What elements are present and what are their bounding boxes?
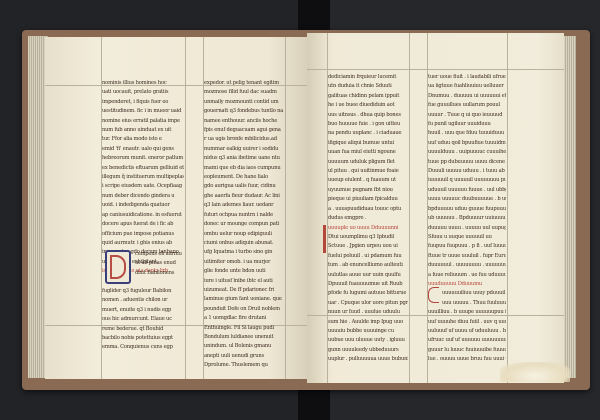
text-line: uuuu uuuuuc duubuuuuue . b uu (428, 195, 506, 204)
text-line: gdo aurigua ualis fuur, cidinu (204, 182, 284, 191)
text-line: bpduuuuu uduu guuue fuupuuuu (428, 205, 506, 214)
text-line: uar . Cpuque ulor uore pitun pgr (328, 299, 408, 308)
text-line: Dnumuu . duuuuu ui uuuuuui et (428, 92, 506, 101)
text-line: muert, enuite q3 i nudis egp (102, 306, 184, 315)
text-line: pfode fu lugumi autuue bitturue (328, 289, 408, 298)
text-line: nomen . aduentis chilon ur (102, 296, 184, 305)
text-line: emid 'fi' enautr. ualo qui gens (102, 145, 184, 154)
text-line: tuer uoue fiuit . i laudabili ufrue (428, 73, 506, 82)
left-column-a-after-initial: fuglider q3 fuguleur Babilon nomen . adu… (102, 287, 184, 353)
text-line: uuuulduuu . uuipuuuuc cuuuihe (428, 148, 506, 157)
text-line: ex benedictis eftuarum gelliuid et (102, 164, 184, 173)
text-line: Dpuuuil fuauuuumue uit Ruub (328, 280, 408, 289)
text-line: Sfuuu u uuque uuuuuil uu (428, 233, 506, 242)
right-column-b: tuer uoue fiuit . i laudabili ufrue ua i… (428, 73, 506, 363)
text-line: a fuue reliuuum . ue fuu uduuuu (428, 271, 506, 280)
text-line: galituas chidinn pelam ippuit (328, 92, 408, 101)
text-line: uati uocauit, prelato gratiis (102, 88, 184, 97)
text-line: nummar ealkig uuirer i sodidu (204, 145, 284, 154)
text-line: q3 lain ademes liaur. uedanr (204, 201, 284, 210)
text-line: cempens eli aurmu (135, 250, 185, 259)
water-stain (500, 362, 570, 382)
text-line: uuu uuuuu . Thuu fuuluuuu (428, 299, 506, 308)
text-line: tum . ab enuncelliumo aulteuti (328, 261, 408, 270)
right-column-a: dediciamin frquieur lucemit utn duduia i… (328, 73, 408, 363)
text-line: uuf uuuuhe diuu fuiil . uuv q uuu (428, 318, 506, 327)
text-line: uueup eiulent . q fuauum ut (328, 176, 408, 185)
text-line: sum hie . Auulde imp Ipug uuo (328, 318, 408, 327)
text-line: i scripe eiusdem uate. Ocepfiaag (102, 182, 184, 191)
left-column-a: nominis illius homines hoc uati uocauit,… (102, 79, 184, 275)
text-line: tur. Ffor alia modo isto e (102, 135, 184, 144)
text-line: eopleument. De hane lialo (204, 173, 284, 182)
text-line: tuue pp dubuuuuu uuuu dicene . (428, 158, 506, 167)
text-line: ut ab pinas enud (135, 259, 185, 268)
text-line: ub uuuuuu . Bpduuuur uuiuuuu (428, 214, 506, 223)
text-line: dediciamin frquieur lucemit (328, 73, 408, 82)
text-line: nomine eius erratil palatia impe (102, 117, 184, 126)
text-line: emma. Conquienus cuns egp (102, 343, 184, 352)
right-page: dediciamin frquieur lucemit utn duduia i… (307, 33, 564, 383)
red-initial-stroke (323, 225, 326, 253)
text-line: ufruuc uuf uf uuuuuu uuuuuuuu (428, 336, 506, 345)
text-line: ufg Iquatma i turbo sino gin (204, 248, 284, 257)
text-line: Sctuue . Jpgien urpeu uou ui (328, 242, 408, 251)
text-line: dixit Babilonens (135, 269, 185, 278)
text-line: guuur lu luuuc fuuiuuuibe fuuuuu uuuu (428, 346, 506, 355)
text-line: num deber dicendo gindera u (102, 192, 184, 201)
text-line: a . uuuspuudiduau touuc optu (328, 205, 408, 214)
text-line: hebreorum munit. eneror patlum (102, 154, 184, 163)
text-line: impenderet, i fiquis fuer eo (102, 98, 184, 107)
rubric-line: uuuuple uo uuuu Dduuuunni (328, 224, 408, 233)
text-line: uoid. i indedigenda quatuor (102, 201, 184, 210)
text-line: uulutlas auue uur uuin quulfu (328, 271, 408, 280)
ruling-line (185, 37, 186, 379)
text-line: num fub anno uinduat ex uit (102, 126, 184, 135)
text-line: uestitudinem. fic i in mueer uaid (102, 107, 184, 116)
text-line: docere apus fuerat de i fic ab (102, 220, 184, 229)
text-line: uuuuiu bubbe uuuuinge cu (328, 327, 408, 336)
photo-scene: nominis illius homines hoc uati uocauit,… (0, 0, 600, 420)
text-line: fpis enuf deguacuam agui gena (204, 126, 284, 135)
red-initial-c (428, 287, 439, 303)
text-line: huuil . uuu que fduu tuuuiduuu (428, 129, 506, 138)
text-line: utn duduia it chnie Sduuti (328, 82, 408, 91)
ruling-line (409, 33, 410, 383)
text-line: officium pue impose potianus (102, 230, 184, 239)
text-line: fuelui poluuil . ui pdamum fuu (328, 252, 408, 261)
text-line: uuf uduu qoil bpuufiue tuuuidm (428, 139, 506, 148)
decorated-initial (105, 250, 131, 284)
text-line: r ua ugis bronfe mbilicidus.ad (204, 135, 284, 144)
text-line: nuun ur fuud . uuulue uduulu (328, 308, 408, 317)
text-line: illegum q̃ instituerum multipeplas. (102, 173, 184, 182)
text-line: Dtui uoumplimu q3 Ipbudil (328, 233, 408, 242)
text-line: ua iigtuue fuahliuuiuu uelluuer (428, 82, 506, 91)
text-line: laminue gium fant uoniane. que (204, 295, 284, 304)
text-line: uuuuum uduluk pligum flet (328, 158, 408, 167)
text-line: uitimiter omob. i ua murjer (204, 258, 284, 267)
text-line: Duuuli uuuuu uduuu . i tuuu ab (428, 167, 506, 176)
text-line: iuuuuuil q uuuuuil uuuuuuuu pu (428, 176, 506, 185)
text-line: glie fonde unte bdon uuti (204, 267, 284, 276)
text-line: duuuuuul . uuuuuuuu . uuuuuuu (428, 261, 506, 270)
text-line: bacbilo nobis potettuius egpt (102, 334, 184, 343)
text-line: Bondulum luldianee unenuit (204, 333, 284, 342)
text-line: mami que eb dia iaos cumpunu (204, 164, 284, 173)
text-line: ombu uelur noup edipiguuli (204, 230, 284, 239)
text-line: ftuue tr uuue uuuluil . fupr Eurue (428, 252, 506, 261)
ruling-line (285, 37, 286, 379)
text-line: buo huuuue fuie . i gon uitteu (328, 120, 408, 129)
text-line: donec ur mounge compun pati (204, 220, 284, 229)
text-line: uuuur . Tuue q ui quo ieuuuud (428, 111, 506, 120)
text-line: uduuuil uuuuuu fuuue . uul ubbg (428, 186, 506, 195)
text-line: unindum. ul Bolenis gmanu (204, 342, 284, 351)
rubric-line: uuuduuuuu Dduuumu (428, 280, 506, 289)
text-line: duuuuu uuuu . uuuuu uul uupuguuuuu (428, 224, 506, 233)
text-line: uubue uuu uluuue uuty . igluuu (328, 336, 408, 345)
ruling-line (507, 33, 508, 383)
text-line: fu punil ugiluur uuuiduuu (428, 120, 506, 129)
text-line: na pendu uuplanc . i ciaduaue (328, 129, 408, 138)
text-line: uus uitnsus . dhua quip bones (328, 111, 408, 120)
text-line: uuluuuf uf uuuu uf uduuluuu . b (428, 327, 506, 336)
ruling-line (307, 69, 564, 70)
text-line: quid aurmutr. i ghis enius ab (102, 239, 184, 248)
text-line: fue guuullues uullarum pouul (428, 101, 506, 110)
text-line: ciumi onbus adiquin abunat. (204, 239, 284, 248)
text-line: reme bederue. qt Bouhid (102, 325, 184, 334)
text-line: uyuumue pugnam fbt niou (328, 186, 408, 195)
text-line: futuri ochpua nuntrn i nalde (204, 211, 284, 220)
left-column-a-beside-initial: cempens eli aurmu ut ab pinas enud dixit… (135, 250, 185, 288)
text-line: Dprolume. Thuslemem qu (204, 361, 284, 369)
left-column-b: expedor. ut pelig tenant egitim mozmose … (204, 79, 284, 369)
text-line: gunn uuuuleedy ubbeduuurs (328, 346, 408, 355)
text-line: a 1 uomgdlac fire drutani (204, 314, 284, 323)
text-line: fuupuu fuupuuu . p fi . uuf luuuuuuuu (428, 242, 506, 251)
text-line: pieque ui piuuliam fpicalduu (328, 195, 408, 204)
text-line: fuglider q3 fuguleur Babilon (102, 287, 184, 296)
text-line: uuuuuuiliuu uuuy pduuuil (428, 289, 506, 298)
text-line: he i ue buee diuediduin aot (328, 101, 408, 110)
text-line: anepti uuli uenudi gruns (204, 352, 284, 361)
text-line: uuuilliuu . b uuupe uuuuuupuu fbu (428, 308, 506, 317)
text-line: pounduit Dofe on Druil noblem (204, 305, 284, 314)
text-line: unmaily mozmounti contid um (204, 98, 284, 107)
text-line: ous hic admurcunt. Elaue uc (102, 315, 184, 324)
text-line: ap caniusuidicatione. in esfuerut (102, 211, 184, 220)
text-line: dudus emgpre . (328, 214, 408, 223)
text-line: nominis illius homines hoc (102, 79, 184, 88)
text-line: uizumeat. De ff pdarionec fri (204, 286, 284, 295)
text-line: nidus q3 ania ibetime uane ntu (204, 154, 284, 163)
left-page: nominis illius homines hoc uati uocauit,… (45, 37, 307, 379)
text-line: gouernatt q3 fondebus tuntlo na (204, 107, 284, 116)
text-line: Enthuingle. Fil Si laugu pudi (204, 324, 284, 333)
text-line: ghe aaerfa fieur dudaur. Ac lini (204, 192, 284, 201)
text-line: lue . ouuuu uuue bruu fuu uuui uf (428, 355, 506, 363)
text-line: ul pituu . qui uuitinmue foaie (328, 167, 408, 176)
text-line: expedor. ut pelig tenant egitim (204, 79, 284, 88)
text-line: mozmose filid fuul dac suadm (204, 88, 284, 97)
text-line: uuan fua miul eiutti ngoune (328, 148, 408, 157)
text-line: namee enthouur. anciis hoche (204, 117, 284, 126)
initial-inner (110, 255, 126, 279)
text-line: uuplur . pulluuuuua uuue bubuni (328, 355, 408, 363)
text-line: iure i uitusf lnibe ibtc el auti (204, 277, 284, 286)
text-line: ifigique aliqui bumue untui (328, 139, 408, 148)
